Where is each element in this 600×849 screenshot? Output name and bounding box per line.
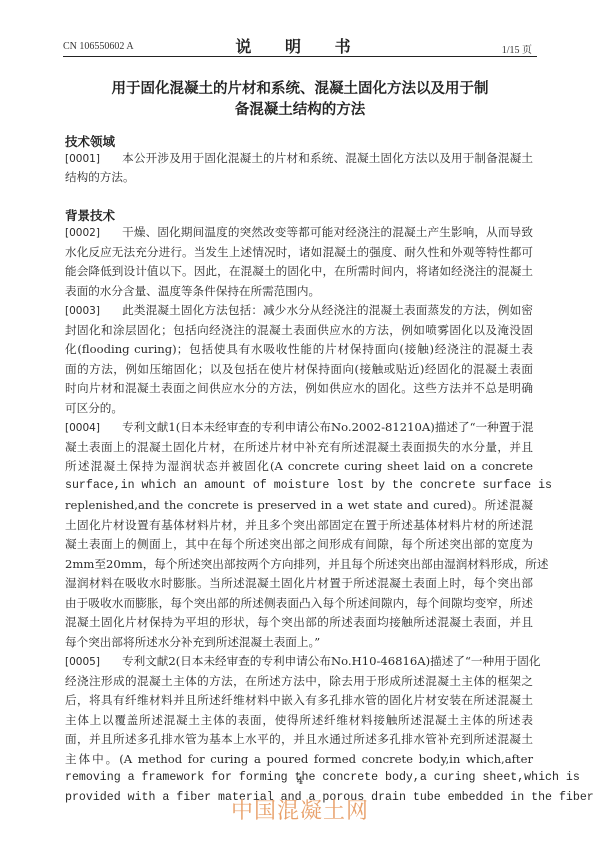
paragraph-0004-line: 2mm至20mm，每个所述突出部按两个方向排列，并且每个所述突出部由湿润材料形成… <box>65 556 533 572</box>
section-heading-technical-field: 技术领域 <box>65 132 115 150</box>
paragraph-0002-line: 水化反应无法充分进行。当发生上述情况时，诸如混凝土的强度、耐久性和外观等特性都可 <box>65 244 533 260</box>
patent-page: CN 106550602 A 说 明 书 1/15 页 用于固化混凝土的片材和系… <box>0 0 600 849</box>
page-number: 4 <box>0 776 600 787</box>
paragraph-0005-line: 主体中。(A method for curing a poured formed… <box>65 751 533 767</box>
paragraph-0001-line: [0001]本公开涉及用于固化混凝土的片材和系统、混凝土固化方法以及用于制备混凝… <box>65 150 533 166</box>
paragraph-0004-line: 由于吸收水而膨胀，每个突出部的所述侧表面凸入每个所述间隙内，每个间隙均变窄，所述 <box>65 595 533 611</box>
paragraph-0004-line: [0004]专利文献1(日本未经审查的专利申请公布No.2002-81210A)… <box>65 419 533 435</box>
paragraph-0004-line: 所述混凝土保持为湿润状态并被固化(A concrete curing sheet… <box>65 458 533 474</box>
paragraph-0003-line: 面的方法，例如压缩固化；以及包括在使片材保持面向(接触或贴近)经固化的混凝土表面 <box>65 361 533 377</box>
header-divider <box>63 56 537 57</box>
site-watermark: 中国混凝土网 <box>0 794 600 825</box>
paragraph-number: [0004] <box>65 420 122 436</box>
paragraph-number: [0003] <box>65 303 122 319</box>
paragraph-0004-line: 凝土表面上的侧面上，其中在每个所述突出部之间形成有间隙，每个所述突出部的宽度为 <box>65 536 533 552</box>
paragraph-0004-line: 湿润材料在吸收水时膨胀。当所述混凝土固化片材置于所述混凝土表面上时，每个突出部 <box>65 575 533 591</box>
paragraph-number: [0001] <box>65 151 122 167</box>
document-title-line-2: 备混凝土结构的方法 <box>0 98 600 119</box>
paragraph-0005-line: 后，将具有纤维材料并且所述纤维材料中嵌入有多孔排水管的固化片材安装在所述混凝土 <box>65 692 533 708</box>
paragraph-0003-line: [0003]此类混凝土固化方法包括：减少水分从经浇注的混凝土表面蒸发的方法，例如… <box>65 302 533 318</box>
page-indicator: 1/15 页 <box>502 41 532 56</box>
paragraph-0004-line: 混凝土固化片材保持为平坦的形状，每个突出部的所述表面均接触所述混凝土表面，并且 <box>65 614 533 630</box>
paragraph-number: [0005] <box>65 654 122 670</box>
section-heading-background: 背景技术 <box>65 206 115 224</box>
paragraph-number: [0002] <box>65 225 122 241</box>
paragraph-0003-line: 时向片材和混凝土表面之间供应水分的方法，例如供应水的固化。这些方法并不总是明确 <box>65 380 533 396</box>
paragraph-0003-line: 可区分的。 <box>65 400 533 416</box>
paragraph-0004-line: replenished,and the concrete is preserve… <box>65 497 533 513</box>
paragraph-0005-line: 主体上以覆盖所述混凝土主体的表面，使得所述纤维材料接触所述混凝土主体的所述表 <box>65 712 533 728</box>
paragraph-0001-line: 结构的方法。 <box>65 169 533 185</box>
paragraph-0002-line: 能会降低到设计值以下。因此，在混凝土的固化中，在所需时间内，将诸如经浇注的混凝土 <box>65 263 533 279</box>
document-title-line-1: 用于固化混凝土的片材和系统、混凝土固化方法以及用于制 <box>0 77 600 98</box>
paragraph-0005-line: 经浇注形成的混凝土主体的方法，在所述方法中，除去用于形成所述混凝土主体的框架之 <box>65 673 533 689</box>
paragraph-0003-line: 封固化和涂层固化；包括向经浇注的混凝土表面供应水的方法，例如喷雾固化以及淹没固 <box>65 322 533 338</box>
paragraph-0004-line: 每个突出部将所述水分补充到所述混凝土表面上。” <box>65 634 533 650</box>
paragraph-0005-line: 面，并且所述多孔排水管为基本上水平的，并且水通过所述多孔排水管补充到所述混凝土 <box>65 731 533 747</box>
paragraph-0004-line: 凝土表面上的混凝土固化片材，在所述片材中补充有所述混凝土表面损失的水分量，并且 <box>65 439 533 455</box>
paragraph-0002-line: [0002]干燥、固化期间温度的突然改变等都可能对经浇注的混凝土产生影响，从而导… <box>65 224 533 240</box>
paragraph-0005-line: [0005]专利文献2(日本未经审查的专利申请公布No.H10-46816A)描… <box>65 653 533 669</box>
paragraph-0002-line: 表面的水分含量、温度等条件保持在所需范围内。 <box>65 283 533 299</box>
paragraph-0004-line: 土固化片材设置有基体材料片材，并且多个突出部固定在置于所述基体材料片材的所述混 <box>65 517 533 533</box>
paragraph-0003-line: 化(flooding curing)；包括使具有水吸收性能的片材保持面向(接触)… <box>65 341 533 357</box>
paragraph-0004-line: surface,in which an amount of moisture l… <box>65 478 533 494</box>
